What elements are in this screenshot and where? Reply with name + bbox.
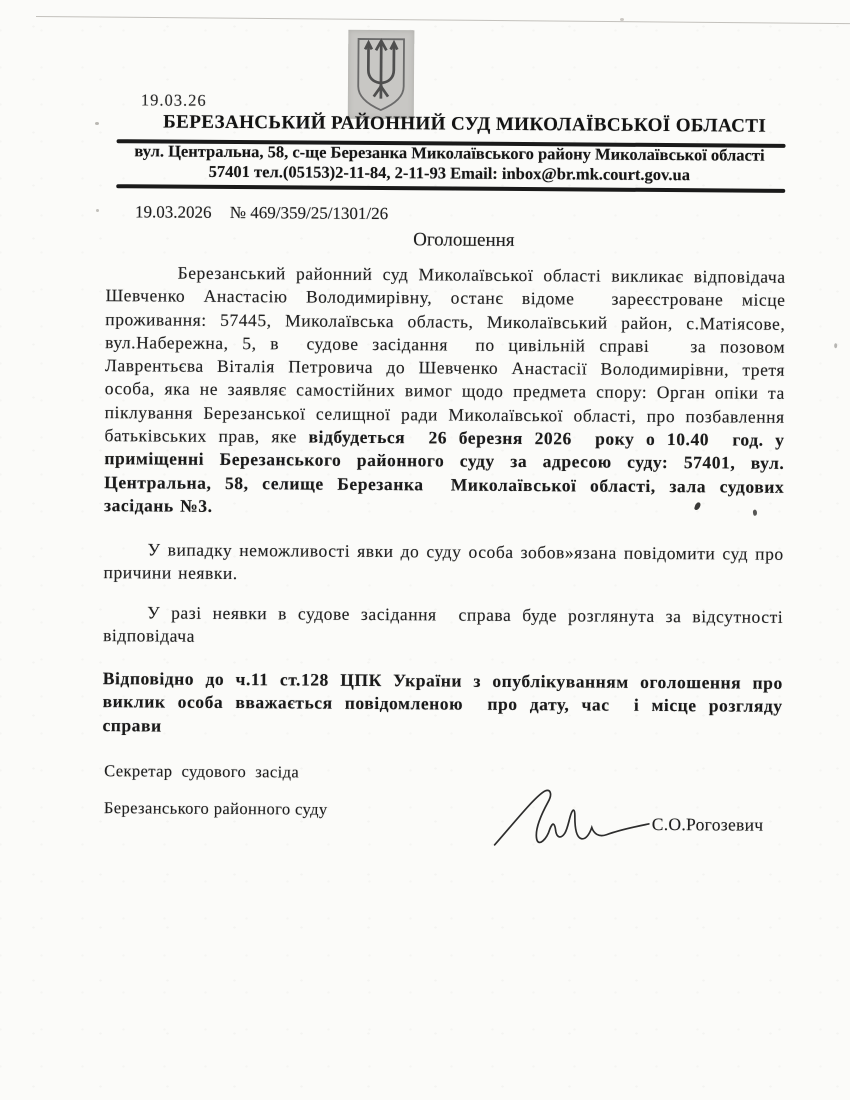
coat-of-arms-box xyxy=(348,30,415,119)
summons-text-normal: Березанський районний суд Миколаївської … xyxy=(104,263,785,447)
paragraph-legal-basis: Відповідно до ч.11 ст.128 ЦПК України з … xyxy=(102,667,782,742)
signatory-name: С.О.Рогозевич xyxy=(652,814,764,836)
ink-speck xyxy=(834,343,837,348)
paragraph-in-absentia: У разі неявки в судове засідання справа … xyxy=(103,601,783,652)
stamp-date: 19.03.26 xyxy=(141,90,207,110)
reference-line: 19.03.2026 № 469/359/25/1301/26 xyxy=(135,202,388,224)
scan-speck xyxy=(95,122,99,125)
scanned-court-summons-page: 19.03.26 БЕРЕЗАНСЬКИЙ РАЙОННИЙ СУД МИКОЛ… xyxy=(0,0,850,1100)
court-name-heading: БЕРЕЗАНСЬКИЙ РАЙОННИЙ СУД МИКОЛАЇВСЬКОЇ … xyxy=(140,111,790,138)
signatory-role-line1: Секретар судового засіда xyxy=(104,761,299,782)
header-rule-bottom xyxy=(116,184,785,193)
scan-speck xyxy=(620,18,624,21)
document-date: 19.03.2026 xyxy=(135,202,212,222)
document-content: 19.03.26 БЕРЕЗАНСЬКИЙ РАЙОННИЙ СУД МИКОЛ… xyxy=(0,0,850,1100)
paragraph-summons: Березанський районний суд Миколаївської … xyxy=(104,261,786,522)
case-number: № 469/359/25/1301/26 xyxy=(230,203,389,223)
ukraine-trident-emblem-icon xyxy=(351,33,412,115)
signatory-role-line2: Березанського районного суду xyxy=(104,798,328,820)
court-contact-line: 57401 тел.(05153)2-11-84, 2-11-93 Email:… xyxy=(111,161,787,186)
document-title: Оголошення xyxy=(111,227,787,254)
paragraph-absence-notice: У випадку неможливості явки до суду особ… xyxy=(103,538,783,589)
handwritten-signature-icon xyxy=(491,787,653,852)
scan-speck xyxy=(96,209,99,212)
